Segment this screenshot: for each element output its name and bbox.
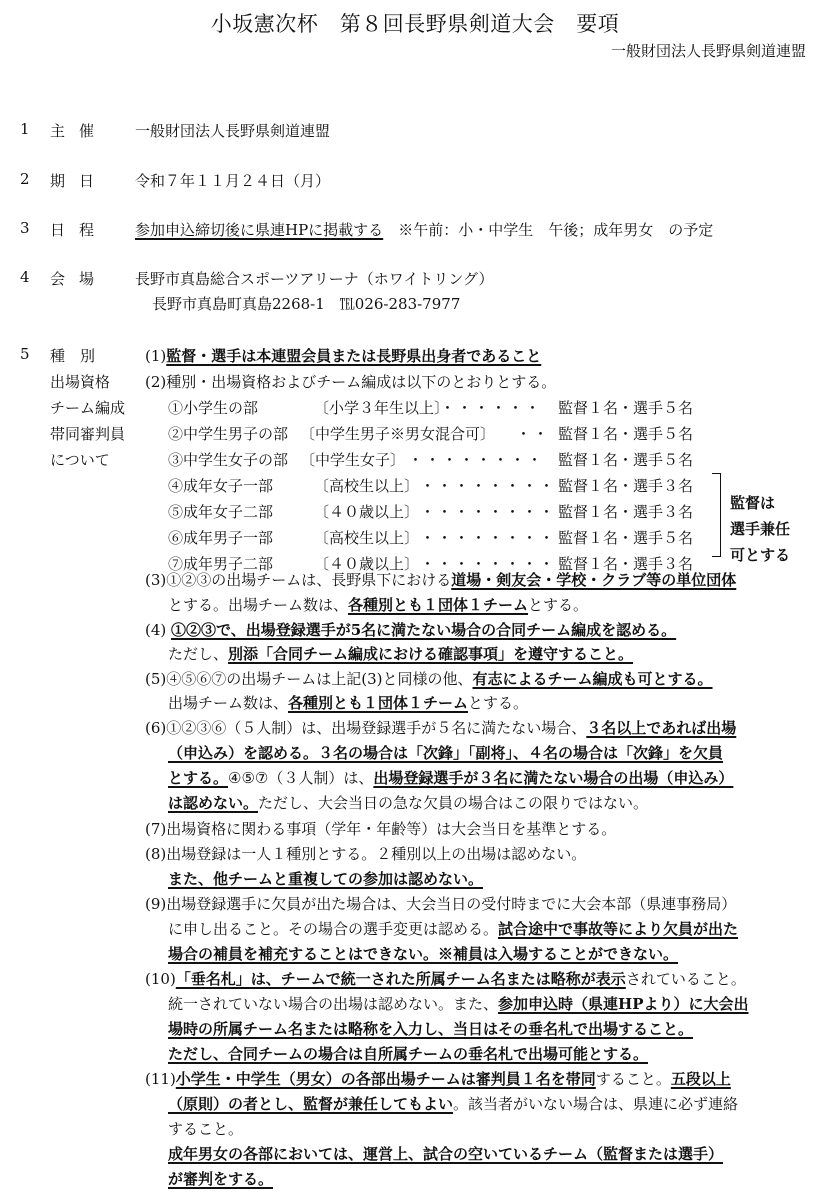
rule-4: (4) ①②③で、出場登録選手が5名に満たない場合の合同チーム編成を認める。 [145, 619, 676, 640]
rule-3: (3)①②③の出場チームは、長野県下における道場・剣友会・学校・クラブ等の単位団… [145, 569, 736, 590]
venue-name: 長野市真島総合スポーツアリーナ（ホワイトリング） [135, 268, 494, 289]
rule-6: (6)①②③⑥（５人制）は、出場登録選手が５名に満たない場合、３名以上であれば出… [145, 717, 736, 738]
bracket-note: 可とする [730, 544, 790, 565]
section-label: 種 別 [50, 345, 95, 366]
section-label: 出場資格 [50, 371, 110, 392]
section-label: 期日 [50, 170, 108, 191]
bracket-note: 選手兼任 [730, 518, 790, 539]
section-label: 日程 [50, 219, 108, 240]
section-number: 5 [20, 345, 30, 363]
section-number: 4 [20, 268, 30, 286]
rule-7: (7)出場資格に関わる事項（学年・年齢等）は大会当日を基準とする。 [145, 818, 616, 839]
rule-9: (9)出場登録選手に欠員が出た場合は、大会当日の受付時までに大会本部（県連事務局… [145, 893, 736, 914]
section-label: 会場 [50, 268, 108, 289]
section-label: 帯同審判員 [50, 423, 125, 444]
rule-5: (5)④⑤⑥⑦の出場チームは上記(3)と同様の他、有志によるチーム編成も可とする… [145, 668, 713, 689]
bracket-note: 監督は [730, 492, 775, 513]
rule-11: (11)小学生・中学生（男女）の各部出場チームは審判員１名を帯同すること。五段以… [145, 1068, 731, 1089]
section-label: チーム編成 [50, 397, 125, 418]
section-label: 主催 [50, 120, 108, 141]
schedule-value: 参加申込締切後に県連HPに掲載する [135, 221, 383, 239]
schedule-note: ※午前：小・中学生 午後；成年男女 の予定 [398, 221, 713, 239]
section-number: 3 [20, 219, 30, 237]
rule-1: (1)監督・選手は本連盟会員または長野県出身者であること [145, 345, 541, 366]
rule-8: (8)出場登録は一人１種別とする。２種別以上の出場は認めない。 [145, 843, 586, 864]
organization-name: 一般財団法人長野県剣道連盟 [611, 40, 806, 61]
section-number: 1 [20, 120, 30, 138]
section-value: 一般財団法人長野県剣道連盟 [135, 120, 330, 141]
bracket-divider [712, 473, 721, 557]
venue-address: 長野市真島町真島2268-1 ℡026-283-7977 [152, 293, 460, 314]
section-label: について [50, 449, 110, 470]
rule-2: (2)種別・出場資格およびチーム編成は以下のとおりとする。 [145, 371, 556, 392]
document-title: 小坂憲次杯 第８回長野県剣道大会 要項 [0, 8, 830, 38]
section-value: 令和７年１１月２４日（月） [135, 170, 330, 191]
rule-10: (10)「垂名札」は、チームで統一された所属チーム名または略称が表示されているこ… [145, 968, 746, 989]
section-number: 2 [20, 170, 30, 188]
